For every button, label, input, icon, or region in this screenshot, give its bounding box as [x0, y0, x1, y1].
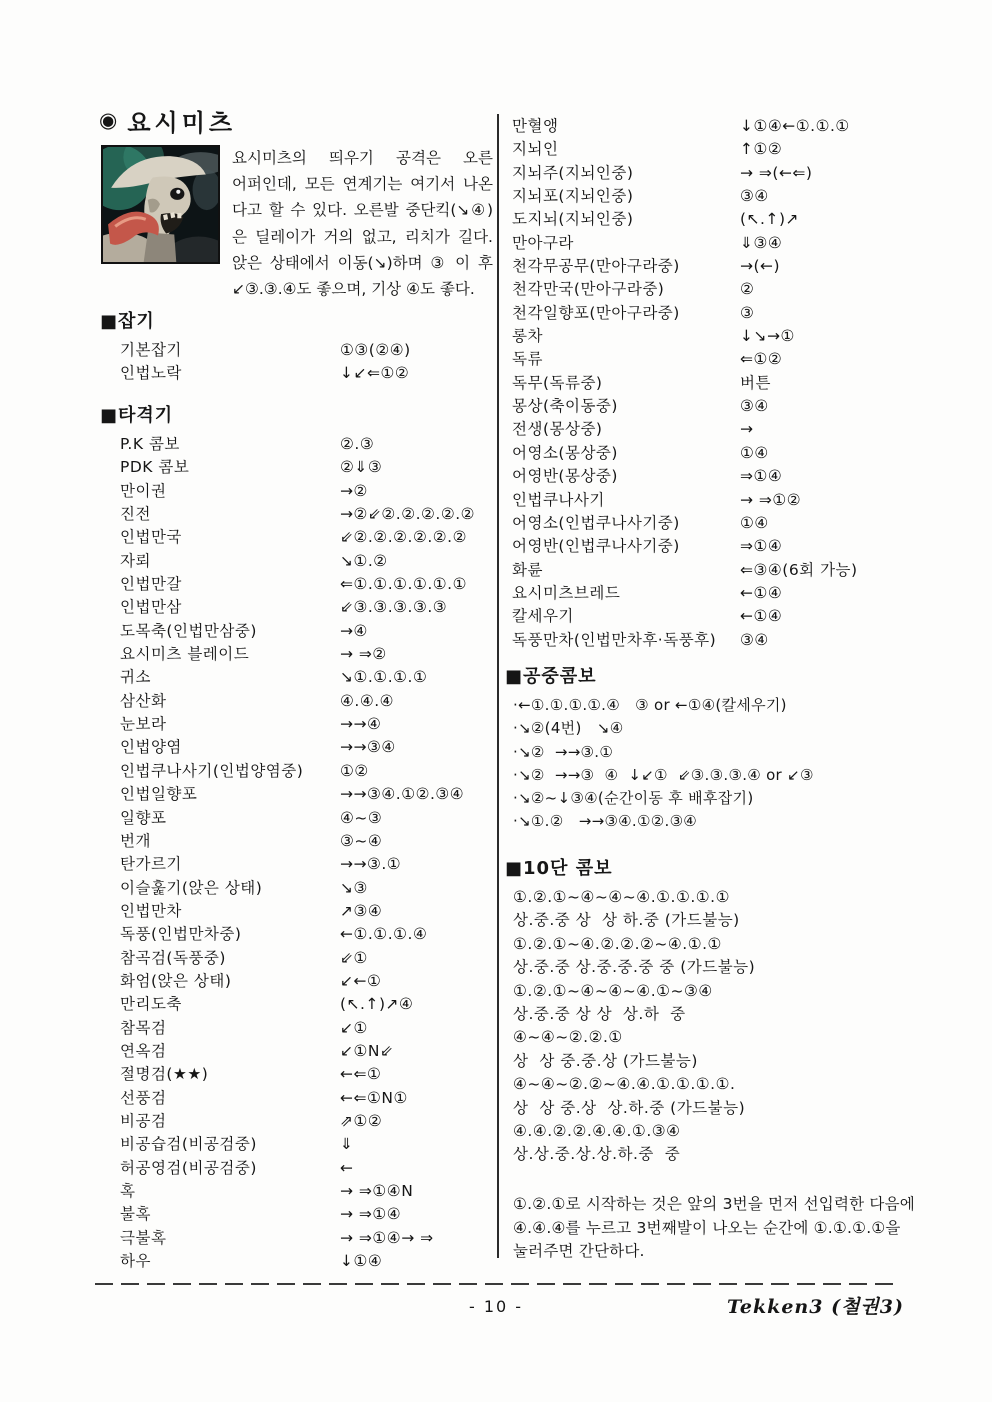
move-command: ③ — [740, 302, 754, 325]
move-row: 어영소(몽상중) ①④ — [505, 442, 935, 465]
move-row: 불혹 → ⇒①④ — [100, 1203, 495, 1226]
move-command: → ⇒①④N — [340, 1180, 413, 1203]
move-command: ⇙① — [340, 947, 368, 970]
move-name: 일향포 — [100, 807, 340, 830]
move-command: ← — [340, 1157, 354, 1180]
move-row: 인법만삼 ⇙③.③.③.③.③ — [100, 596, 495, 619]
move-command: ⇙②.②.②.②.②.② — [340, 526, 467, 549]
move-row: 천각일향포(만아구라중) ③ — [505, 302, 935, 325]
move-command: →② — [340, 480, 368, 503]
move-name: 롱차 — [505, 325, 740, 348]
move-command: ←⇐①N① — [340, 1087, 408, 1110]
move-command: ③④ — [740, 629, 769, 652]
move-name: 참목검 — [100, 1017, 340, 1040]
move-name: 만리도축 — [100, 993, 340, 1016]
move-command: ←①.①.①.④ — [340, 923, 427, 946]
move-name: 절명검(★★) — [100, 1063, 340, 1086]
intro-line: ↙③.③.④도 좋으며, 기상 ④도 좋다. — [232, 276, 493, 302]
move-name: 극불혹 — [100, 1227, 340, 1250]
move-name: 이슬훑기(앉은 상태) — [100, 877, 340, 900]
strike-section: ■타격기 P.K 콤보 ②.③ PDK 콤보 ②⇓③ 만이권 →② — [100, 404, 495, 1273]
ten-hit-line: 상.중.중 상.중.중.중 중 (가드불능) — [505, 956, 935, 979]
move-row: 전생(몽상중) → — [505, 418, 935, 441]
move-name: 만혈앵 — [505, 115, 740, 138]
air-combo-line: ·↘②~↓③④(순간이동 후 배후잡기) — [505, 787, 945, 810]
move-row: 천각만국(만아구라중) ② — [505, 278, 935, 301]
grab-section: ■잡기 기본잡기 ①③(②④) 인법노락 ↓↙⇐①② — [100, 310, 495, 386]
move-name: 삼산화 — [100, 690, 340, 713]
ten-hit-line: 상 상 중.상 상.하.중 (가드불능) — [505, 1097, 935, 1120]
intro-line: 앉은 상태에서 이동(↘)하며 ③ 이 후 — [232, 250, 493, 276]
combo-note: ①.②.①로 시작하는 것은 앞의 3번을 먼저 선입력한 다음에④.④.④를 … — [505, 1193, 915, 1264]
move-row: 인법쿠나사기 → ⇒①② — [505, 489, 935, 512]
yoshimitsu-portrait — [101, 145, 220, 264]
move-command: ↙① — [340, 1017, 368, 1040]
move-row: 기본잡기 ①③(②④) — [100, 339, 495, 362]
move-command: ①③(②④) — [340, 339, 411, 362]
air-combo-line: ·↘② →→③.① — [505, 741, 945, 764]
move-row: 독풍만차(인법만차후·독풍후) ③④ — [505, 629, 935, 652]
move-name: 지뇌포(지뇌인중) — [505, 185, 740, 208]
move-name: 비공검 — [100, 1110, 340, 1133]
move-row: 절명검(★★) ←⇐① — [100, 1063, 495, 1086]
move-name: P.K 콤보 — [100, 433, 340, 456]
move-command: (↖.↑)↗ — [740, 208, 799, 231]
move-command: →→③④.①②.③④ — [340, 783, 464, 806]
move-row: 극불혹 → ⇒①④→ ⇒ — [100, 1227, 495, 1250]
move-name: 하우 — [100, 1250, 340, 1273]
move-name: 연옥검 — [100, 1040, 340, 1063]
move-command: ↑①② — [740, 138, 782, 161]
air-combo-line: ·↘①.② →→③④.①②.③④ — [505, 810, 945, 833]
move-row: 비공검 ⇗①② — [100, 1110, 495, 1133]
move-row: 연옥검 ↙①N⇙ — [100, 1040, 495, 1063]
ten-hit-line: ④.④.②.②.④.④.①.③④ — [505, 1120, 935, 1143]
move-command: ↓↙⇐①② — [340, 362, 409, 385]
move-name: 자뢰 — [100, 550, 340, 573]
move-command: ④~③ — [340, 807, 382, 830]
move-name: 만이권 — [100, 480, 340, 503]
document-page: ◉ 요시미츠 — [0, 0, 992, 1402]
move-row: 비공습검(비공검중) ⇓ — [100, 1133, 495, 1156]
move-command: ↙①N⇙ — [340, 1040, 393, 1063]
move-row: 어영반(몽상중) ⇒①④ — [505, 465, 935, 488]
move-row: 인법일향포 →→③④.①②.③④ — [100, 783, 495, 806]
move-name: 칼세우기 — [505, 605, 740, 628]
move-row: 인법만차 ↗③④ — [100, 900, 495, 923]
move-command: (↖.↑)↗④ — [340, 993, 413, 1016]
move-command: ①④ — [740, 512, 769, 535]
move-command: ↘①.①.①.① — [340, 666, 427, 689]
move-row: 칼세우기 ←①④ — [505, 605, 935, 628]
move-command: ③④ — [740, 395, 769, 418]
move-row: 지뇌인 ↑①② — [505, 138, 935, 161]
air-combo-line: ·↘② →→③ ④ ↓↙① ⇙③.③.③.④ or ↙③ — [505, 764, 945, 787]
move-name: 번개 — [100, 830, 340, 853]
move-command: ②.③ — [340, 433, 374, 456]
move-command: ⇓ — [340, 1133, 354, 1156]
move-command: ⇐①.①.①.①.①.① — [340, 573, 467, 596]
grab-move-list: 기본잡기 ①③(②④) 인법노락 ↓↙⇐①② — [100, 339, 495, 386]
move-row: 선풍검 ←⇐①N① — [100, 1087, 495, 1110]
move-command: ↙←① — [340, 970, 381, 993]
grab-section-title: ■잡기 — [100, 310, 495, 334]
move-row: 인법쿠나사기(인법양염중) ①② — [100, 760, 495, 783]
move-row: 하우 ↓①④ — [100, 1250, 495, 1273]
move-row: P.K 콤보 ②.③ — [100, 433, 495, 456]
move-command: ↓↘→① — [740, 325, 795, 348]
ten-hit-line: ①.②.①~④.②.②.②~④.①.① — [505, 933, 935, 956]
move-row: 화엄(앉은 상태) ↙←① — [100, 970, 495, 993]
move-row: 이슬훑기(앉은 상태) ↘③ — [100, 877, 495, 900]
move-row: 만이권 →② — [100, 480, 495, 503]
move-command: ↘③ — [340, 877, 368, 900]
move-command: ①② — [340, 760, 369, 783]
move-command: → ⇒①④ — [340, 1203, 401, 1226]
fisheye-bullet-icon: ◉ — [99, 110, 117, 131]
move-command: → ⇒①② — [740, 489, 801, 512]
footer-dashed-rule — [95, 1283, 898, 1285]
note-line: 눌러주면 간단하다. — [505, 1240, 915, 1264]
move-name: 탄가르기 — [100, 853, 340, 876]
move-command: ⇙③.③.③.③.③ — [340, 596, 447, 619]
move-row: 도목축(인법만삼중) →④ — [100, 620, 495, 643]
column-divider — [497, 114, 499, 1258]
move-name: 몽상(축이동중) — [505, 395, 740, 418]
move-row: 참목검 ↙① — [100, 1017, 495, 1040]
air-combo-section: ■공중콤보 ·←①.①.①.①.④ ③ or ←①④(칼세우기)·↘②(4번) … — [505, 665, 945, 834]
ten-hit-line: ①.②.①~④~④~④.①.①.①.① — [505, 886, 935, 909]
move-command: ③~④ — [340, 830, 382, 853]
move-row: 탄가르기 →→③.① — [100, 853, 495, 876]
intro-line: 어퍼인데, 모든 연계기는 여기서 나온 — [232, 171, 493, 197]
move-row: 진전 →②⇙②.②.②.②.② — [100, 503, 495, 526]
move-row: 혹 → ⇒①④N — [100, 1180, 495, 1203]
move-name: 천각만국(만아구라중) — [505, 278, 740, 301]
move-command: → ⇒② — [340, 643, 387, 666]
move-row: 몽상(축이동중) ③④ — [505, 395, 935, 418]
move-name: 도지뇌(지뇌인중) — [505, 208, 740, 231]
move-row: 삼산화 ④.④.④ — [100, 690, 495, 713]
move-command: ② — [740, 278, 754, 301]
move-row: 일향포 ④~③ — [100, 807, 495, 830]
move-name: 허공영검(비공검중) — [100, 1157, 340, 1180]
move-command: → ⇒(←⇐) — [740, 162, 812, 185]
move-command: →②⇙②.②.②.②.② — [340, 503, 475, 526]
page-title: 요시미츠 — [127, 103, 236, 138]
move-command: →→③.① — [340, 853, 401, 876]
note-line: ①.②.①로 시작하는 것은 앞의 3번을 먼저 선입력한 다음에 — [505, 1193, 915, 1217]
move-command: ⇒①④ — [740, 535, 782, 558]
air-combo-line: ·↘②(4번) ↘④ — [505, 717, 945, 740]
move-name: 비공습검(비공검중) — [100, 1133, 340, 1156]
move-name: 천각무공무(만아구라중) — [505, 255, 740, 278]
move-name: 눈보라 — [100, 713, 340, 736]
move-name: 독풍만차(인법만차후·독풍후) — [505, 629, 740, 652]
move-row: 요시미츠브레드 ←①④ — [505, 582, 935, 605]
move-command: ②⇓③ — [340, 456, 382, 479]
move-name: 화륜 — [505, 559, 740, 582]
move-command: ←①④ — [740, 582, 782, 605]
move-row: 요시미츠 블레이드 → ⇒② — [100, 643, 495, 666]
air-combo-list: ·←①.①.①.①.④ ③ or ←①④(칼세우기)·↘②(4번) ↘④·↘② … — [505, 694, 945, 834]
move-row: 독무(독류중) 버튼 — [505, 372, 935, 395]
move-name: 인법만국 — [100, 526, 340, 549]
character-title-row: ◉ 요시미츠 — [99, 103, 236, 138]
ten-hit-line: 상 상 중.중.상 (가드불능) — [505, 1050, 935, 1073]
move-row: 어영반(인법쿠나사기중) ⇒①④ — [505, 535, 935, 558]
move-name: PDK 콤보 — [100, 456, 340, 479]
ten-hit-line: 상.상.중.상.상.하.중 중 — [505, 1143, 935, 1166]
move-name: 불혹 — [100, 1203, 340, 1226]
intro-line: 다고 할 수 있다. 오른발 중단킥(↘④) — [232, 197, 493, 223]
move-name: 인법만차 — [100, 900, 340, 923]
strike-section-continued: 만혈앵 ↓①④←①.①.① 지뇌인 ↑①② 지뇌주(지뇌인중) → ⇒(←⇐) … — [505, 115, 935, 652]
move-name: 인법일향포 — [100, 783, 340, 806]
air-combo-line: ·←①.①.①.①.④ ③ or ←①④(칼세우기) — [505, 694, 945, 717]
ten-hit-section-title: ■10단 콤보 — [505, 857, 935, 881]
move-row: 허공영검(비공검중) ← — [100, 1157, 495, 1180]
move-row: 천각무공무(만아구라중) →(←) — [505, 255, 935, 278]
move-row: 눈보라 →→④ — [100, 713, 495, 736]
ten-hit-line: ④~④~②.②.① — [505, 1026, 935, 1049]
move-name: 요시미츠 블레이드 — [100, 643, 340, 666]
move-name: 요시미츠브레드 — [505, 582, 740, 605]
move-name: 독풍(인법만차중) — [100, 923, 340, 946]
intro-line: 은 딜레이가 거의 없고, 리치가 길다. — [232, 224, 493, 250]
move-name: 지뇌인 — [505, 138, 740, 161]
move-row: 인법만갈 ⇐①.①.①.①.①.① — [100, 573, 495, 596]
move-row: 독류 ⇐①② — [505, 348, 935, 371]
move-row: 인법양염 →→③④ — [100, 736, 495, 759]
move-command: →(←) — [740, 255, 780, 278]
move-name: 인법쿠나사기(인법양염중) — [100, 760, 340, 783]
move-name: 전생(몽상중) — [505, 418, 740, 441]
move-row: 자뢰 ↘①.② — [100, 550, 495, 573]
air-combo-section-title: ■공중콤보 — [505, 665, 945, 689]
move-command: ←①④ — [740, 605, 782, 628]
ten-hit-list: ①.②.①~④~④~④.①.①.①.①상.중.중 상 상 하.중 (가드불능)①… — [505, 886, 935, 1167]
move-command: ③④ — [740, 185, 769, 208]
move-command: → — [740, 418, 754, 441]
move-name: 천각일향포(만아구라중) — [505, 302, 740, 325]
move-name: 인법양염 — [100, 736, 340, 759]
move-command: ↓①④←①.①.① — [740, 115, 850, 138]
move-row: 도지뇌(지뇌인중) (↖.↑)↗ — [505, 208, 935, 231]
move-command: ←⇐① — [340, 1063, 381, 1086]
move-row: 만혈앵 ↓①④←①.①.① — [505, 115, 935, 138]
move-name: 독류 — [505, 348, 740, 371]
move-name: 참곡검(독풍중) — [100, 947, 340, 970]
move-name: 화엄(앉은 상태) — [100, 970, 340, 993]
move-row: 지뇌포(지뇌인중) ③④ — [505, 185, 935, 208]
move-command: →④ — [340, 620, 368, 643]
move-row: 만아구라 ⇓③④ — [505, 232, 935, 255]
move-command: → ⇒①④→ ⇒ — [340, 1227, 434, 1250]
strike-section-title: ■타격기 — [100, 404, 495, 428]
move-row: 만리도축 (↖.↑)↗④ — [100, 993, 495, 1016]
move-row: 지뇌주(지뇌인중) → ⇒(←⇐) — [505, 162, 935, 185]
move-name: 인법쿠나사기 — [505, 489, 740, 512]
move-row: 인법노락 ↓↙⇐①② — [100, 362, 495, 385]
move-name: 기본잡기 — [100, 339, 340, 362]
move-name: 어영소(몽상중) — [505, 442, 740, 465]
strike-move-list-left: P.K 콤보 ②.③ PDK 콤보 ②⇓③ 만이권 →② 진전 →②⇙②.②.②… — [100, 433, 495, 1273]
move-row: 귀소 ↘①.①.①.① — [100, 666, 495, 689]
ten-hit-line: 상.중.중 상 상 상.하 중 — [505, 1003, 935, 1026]
move-row: 번개 ③~④ — [100, 830, 495, 853]
move-name: 지뇌주(지뇌인중) — [505, 162, 740, 185]
move-row: 독풍(인법만차중) ←①.①.①.④ — [100, 923, 495, 946]
move-name: 어영반(인법쿠나사기중) — [505, 535, 740, 558]
intro-block: 요시미츠의 띄우기 공격은 오른어퍼인데, 모든 연계기는 여기서 나온다고 할… — [101, 145, 495, 302]
move-name: 도목축(인법만삼중) — [100, 620, 340, 643]
move-name: 인법만갈 — [100, 573, 340, 596]
move-name: 어영반(몽상중) — [505, 465, 740, 488]
move-name: 어영소(인법쿠나사기중) — [505, 512, 740, 535]
intro-paragraph: 요시미츠의 띄우기 공격은 오른어퍼인데, 모든 연계기는 여기서 나온다고 할… — [232, 145, 493, 302]
move-command: ↗③④ — [340, 900, 382, 923]
move-command: ④.④.④ — [340, 690, 394, 713]
move-name: 진전 — [100, 503, 340, 526]
move-command: ↘①.② — [340, 550, 388, 573]
ten-hit-line: ①.②.①~④~④~④.①~③④ — [505, 980, 935, 1003]
move-command: ⇗①② — [340, 1110, 382, 1133]
move-command: ⇒①④ — [740, 465, 782, 488]
move-row: 참곡검(독풍중) ⇙① — [100, 947, 495, 970]
move-row: 인법만국 ⇙②.②.②.②.②.② — [100, 526, 495, 549]
move-row: PDK 콤보 ②⇓③ — [100, 456, 495, 479]
move-command: ⇓③④ — [740, 232, 782, 255]
move-name: 인법만삼 — [100, 596, 340, 619]
move-name: 혹 — [100, 1180, 340, 1203]
ten-hit-combo-section: ■10단 콤보 ①.②.①~④~④~④.①.①.①.①상.중.중 상 상 하.중… — [505, 857, 935, 1167]
move-command: →→④ — [340, 713, 381, 736]
move-name: 인법노락 — [100, 362, 340, 385]
note-line: ④.④.④를 누르고 3번째발이 나오는 순간에 ①.①.①.①을 — [505, 1217, 915, 1241]
move-name: 독무(독류중) — [505, 372, 740, 395]
move-row: 롱차 ↓↘→① — [505, 325, 935, 348]
move-command: 버튼 — [740, 372, 771, 395]
ten-hit-line: ④~④~②.②~④.④.①.①.①.①. — [505, 1073, 935, 1096]
move-name: 선풍검 — [100, 1087, 340, 1110]
move-command: →→③④ — [340, 736, 396, 759]
move-command: ↓①④ — [340, 1250, 382, 1273]
book-title: Tekken3 (철권3) — [727, 1292, 904, 1319]
move-name: 만아구라 — [505, 232, 740, 255]
move-row: 화륜 ⇐③④(6회 가능) — [505, 559, 935, 582]
intro-line: 요시미츠의 띄우기 공격은 오른 — [232, 145, 493, 171]
move-command: ⇐①② — [740, 348, 782, 371]
move-command: ①④ — [740, 442, 769, 465]
ten-hit-line: 상.중.중 상 상 하.중 (가드불능) — [505, 909, 935, 932]
strike-move-list-right: 만혈앵 ↓①④←①.①.① 지뇌인 ↑①② 지뇌주(지뇌인중) → ⇒(←⇐) … — [505, 115, 935, 652]
move-name: 귀소 — [100, 666, 340, 689]
move-command: ⇐③④(6회 가능) — [740, 559, 858, 582]
move-row: 어영소(인법쿠나사기중) ①④ — [505, 512, 935, 535]
